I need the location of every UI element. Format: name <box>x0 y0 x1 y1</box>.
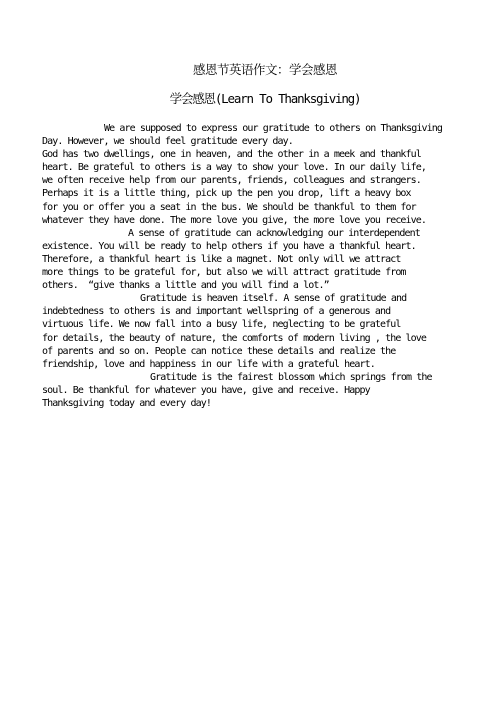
paragraph: Gratitude is heaven itself. A sense of g… <box>42 292 482 371</box>
text-line: Day. However, we should feel gratitude e… <box>42 135 482 148</box>
text-line: A sense of gratitude can acknowledging o… <box>42 227 482 240</box>
document-title: 感恩节英语作文：学会感恩 <box>34 60 496 78</box>
text-line: friendship, love and happiness in our li… <box>42 358 482 371</box>
text-line: more things to be grateful for, but also… <box>42 266 482 279</box>
paragraph: We are supposed to express our gratitude… <box>42 122 482 148</box>
text-line: indebtedness to others is and important … <box>42 305 482 318</box>
text-line: of parents and so on. People can notice … <box>42 345 482 358</box>
text-line: soul. Be thankful for whatever you have,… <box>42 384 482 397</box>
text-line: whatever they have done. The more love y… <box>42 214 482 227</box>
text-line: God has two dwellings, one in heaven, an… <box>42 148 482 161</box>
text-line: Gratitude is heaven itself. A sense of g… <box>42 292 482 305</box>
text-line: for you or offer you a seat in the bus. … <box>42 201 482 214</box>
document-page: 感恩节英语作文：学会感恩 学会感恩(Learn To Thanksgiving)… <box>0 0 496 702</box>
text-line: Gratitude is the fairest blossom which s… <box>42 371 482 384</box>
paragraph: Gratitude is the fairest blossom which s… <box>42 371 482 410</box>
text-line: virtuous life. We now fall into a busy l… <box>42 318 482 331</box>
text-line: Perhaps it is a little thing, pick up th… <box>42 187 482 200</box>
paragraph: A sense of gratitude can acknowledging o… <box>42 227 482 292</box>
text-line: Thanksgiving today and every day! <box>42 397 482 410</box>
text-line: heart. Be grateful to others is a way to… <box>42 161 482 174</box>
document-body: We are supposed to express our gratitude… <box>42 122 482 410</box>
text-line: Therefore, a thankful heart is like a ma… <box>42 253 482 266</box>
text-line: others. “give thanks a little and you wi… <box>42 279 482 292</box>
document-subtitle: 学会感恩(Learn To Thanksgiving) <box>34 89 496 107</box>
text-line: for details, the beauty of nature, the c… <box>42 332 482 345</box>
text-line: existence. You will be ready to help oth… <box>42 240 482 253</box>
text-line: we often receive help from our parents, … <box>42 174 482 187</box>
paragraph: God has two dwellings, one in heaven, an… <box>42 148 482 227</box>
text-line: We are supposed to express our gratitude… <box>42 122 482 135</box>
